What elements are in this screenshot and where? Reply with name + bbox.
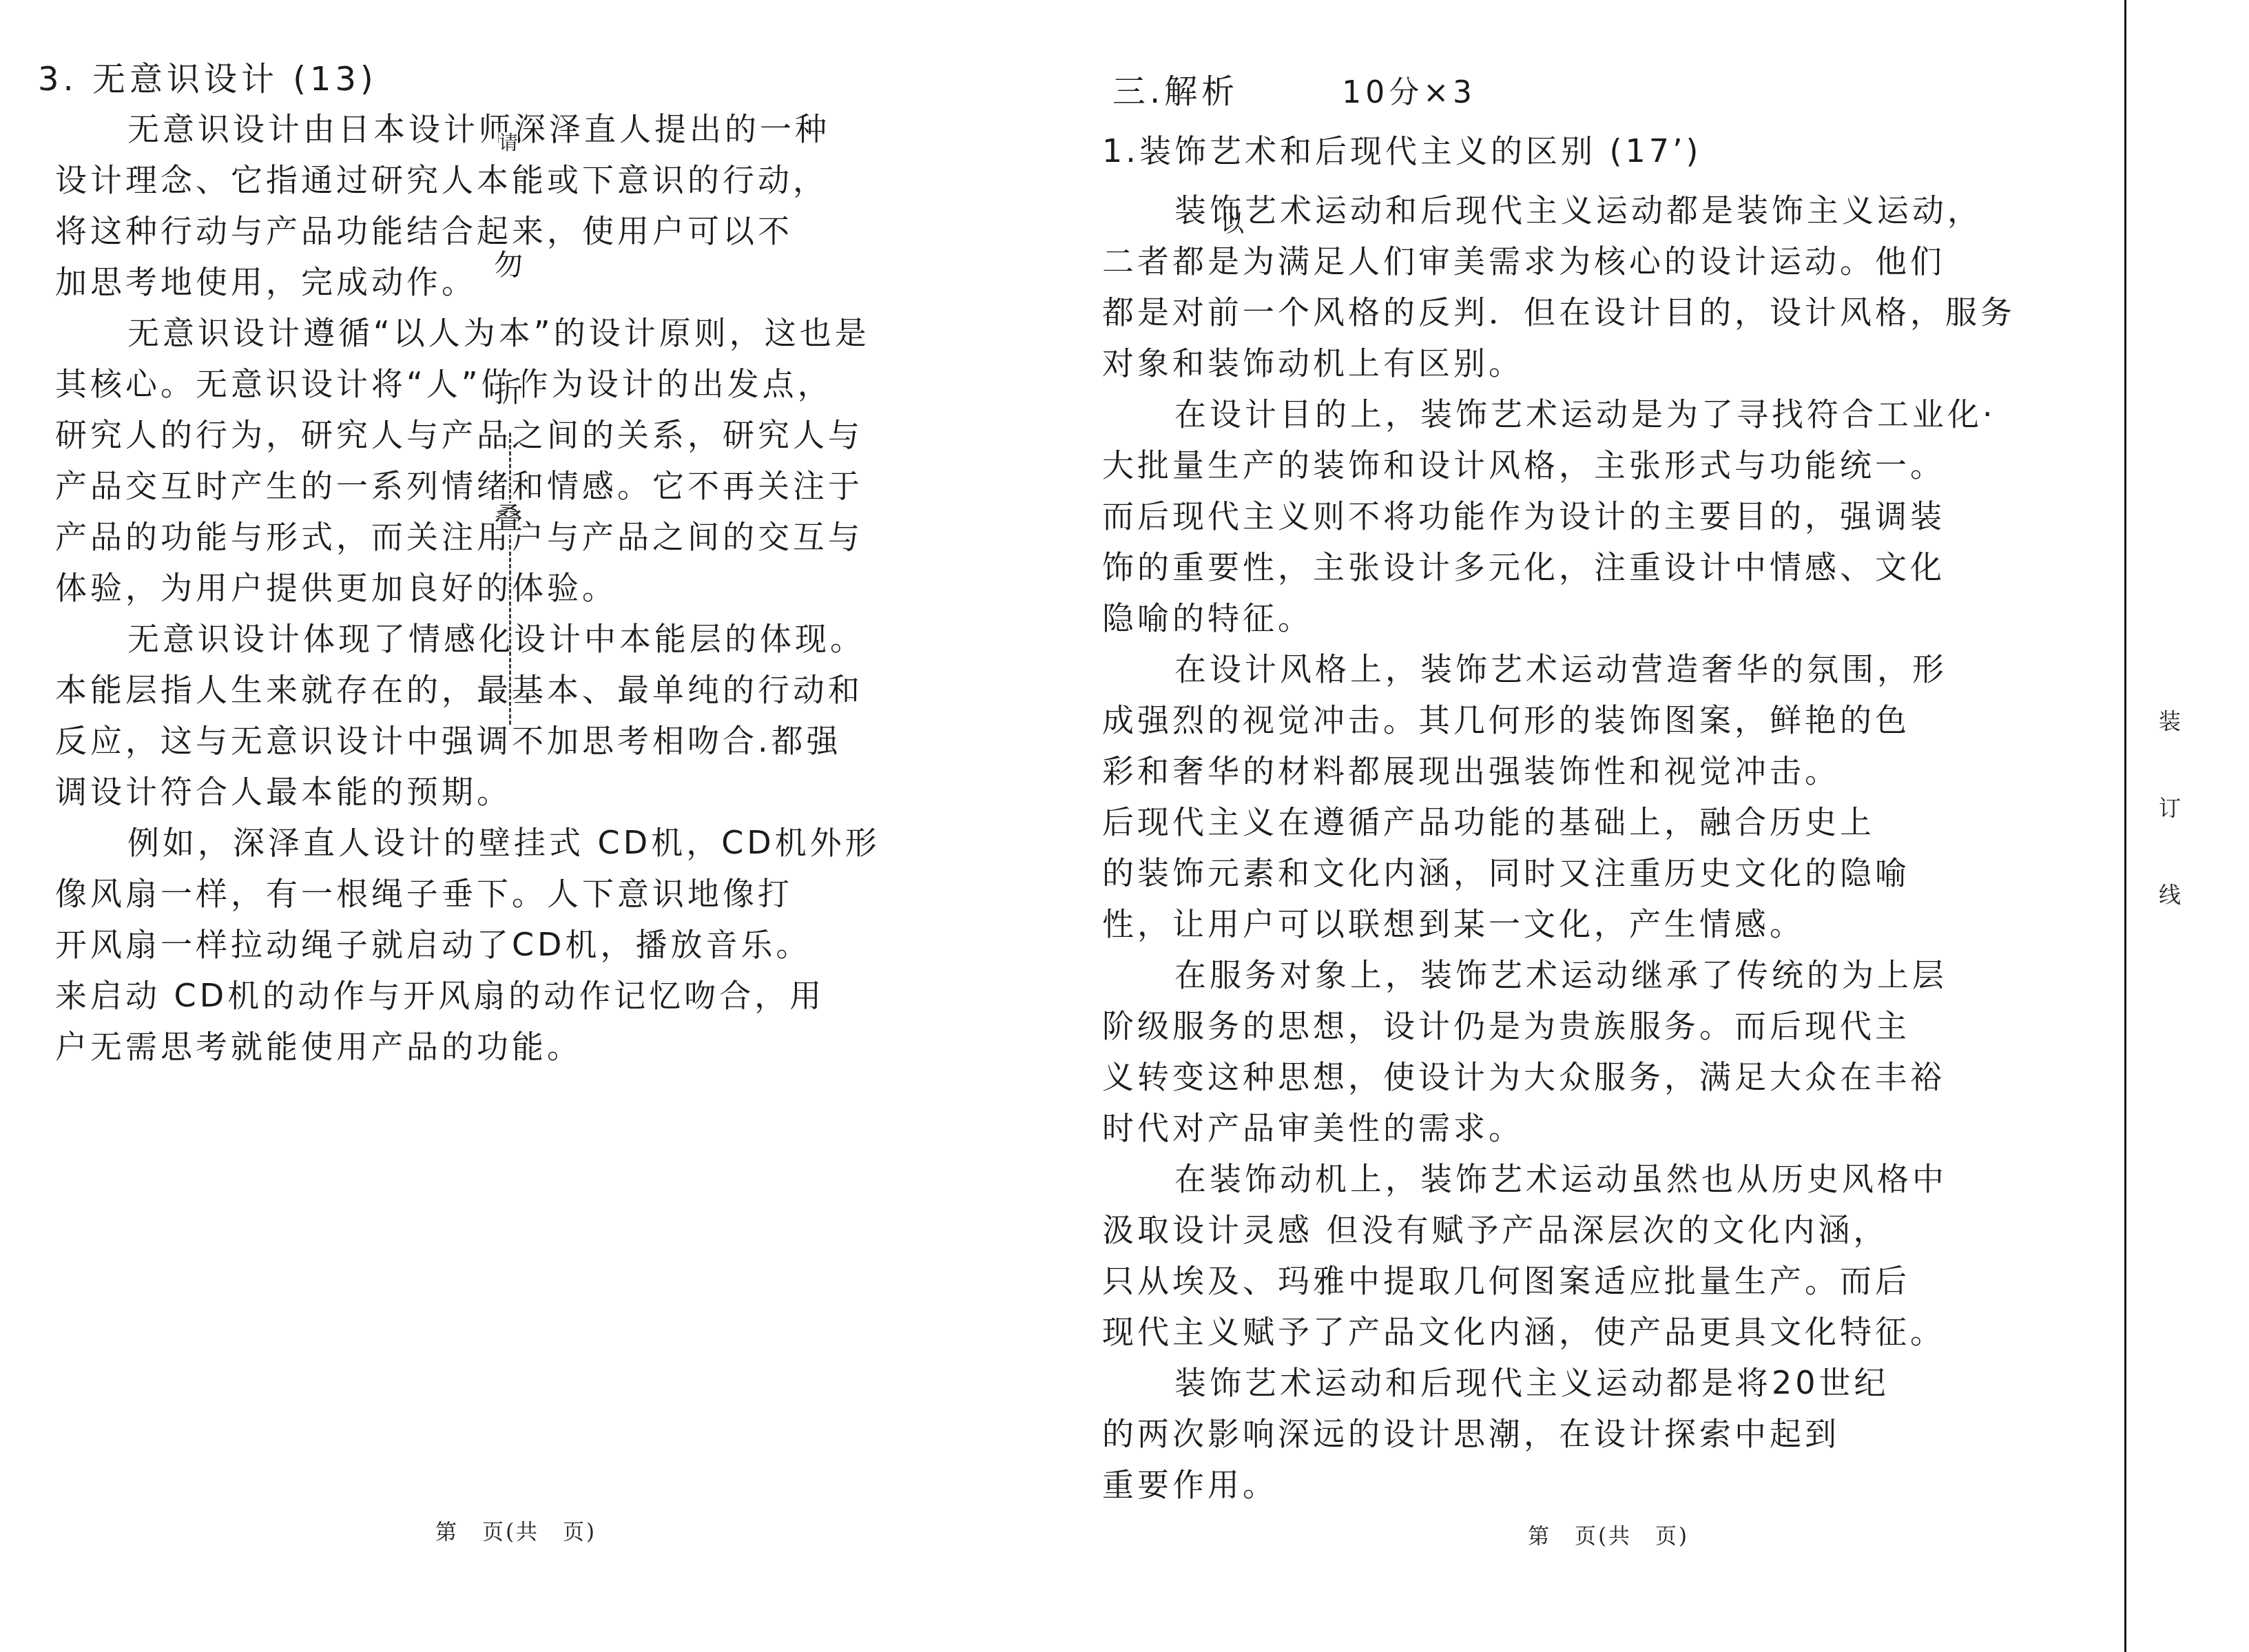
handwritten-line: 汲取设计灵感 但没有赋予产品深层次的文化内涵，: [1102, 1204, 2015, 1255]
handwritten-line: 在服务对象上，装饰艺术运动继承了传统的为上层: [1102, 949, 2015, 1000]
binding-label: 装订线: [2159, 704, 2181, 909]
handwritten-line: 将这种行动与产品功能结合起来，使用户可以不: [55, 205, 880, 256]
handwritten-line: 设计理念、它指通过研究人本能或下意识的行动，: [55, 154, 880, 205]
handwritten-line: 对象和装饰动机上有区别。: [1102, 338, 2015, 389]
handwritten-line: 成强烈的视觉冲击。其几何形的装饰图案，鲜艳的色: [1102, 694, 2015, 745]
handwritten-line: 后现代主义在遵循产品功能的基础上，融合历史上: [1102, 796, 2015, 847]
handwritten-line: 例如，深泽直人设计的壁挂式 CD机，CD机外形: [55, 817, 880, 868]
fold-char: 折: [494, 376, 523, 408]
handwritten-line: 开风扇一样拉动绳子就启动了CD机，播放音乐。: [55, 919, 880, 970]
binding-char: 装: [2159, 704, 2181, 736]
handwritten-line: 无意识设计遵循“以人为本”的设计原则，这也是: [55, 307, 880, 358]
handwritten-line: 而后现代主义则不将功能作为设计的主要目的，强调装: [1102, 491, 2015, 541]
fold-char: 勿: [494, 249, 523, 281]
left-section-title: 3. 无意识设计 (13): [38, 54, 377, 105]
right-text-block: 装饰艺术运动和后现代主义运动都是装饰主义运动，二者都是为满足人们审美需求为核心的…: [1102, 185, 2015, 1510]
handwritten-line: 像风扇一样，有一根绳子垂下。人下意识地像打: [55, 868, 880, 919]
handwritten-line: 在设计风格上，装饰艺术运动营造奢华的氛围，形: [1102, 643, 2015, 694]
handwritten-line: 产品交互时产生的一系列情绪和情感。它不再关注于: [55, 460, 880, 511]
score-note: 10分×3: [1342, 75, 1476, 110]
handwritten-line: 现代主义赋予了产品文化内涵，使产品更具文化特征。: [1102, 1306, 2015, 1357]
handwritten-line: 时代对产品审美性的需求。: [1102, 1102, 2015, 1153]
handwritten-line: 无意识设计体现了情感化设计中本能层的体现。: [55, 613, 880, 664]
handwritten-line: 大批量生产的装饰和设计风格，主张形式与功能统一。: [1102, 440, 2015, 491]
exam-answer-sheet: 3. 无意识设计 (13) 无意识设计由日本设计师深泽直人提出的一种设计理念、它…: [0, 0, 2249, 1652]
right-section-heading-row: 三.解析10分×3: [1112, 66, 1476, 118]
handwritten-line: 其核心。无意识设计将“人”做作为设计的出发点，: [55, 358, 880, 409]
fold-char: 请: [499, 132, 518, 154]
handwritten-line: 饰的重要性，主张设计多元化，注重设计中情感、文化: [1102, 541, 2015, 592]
handwritten-line: 装饰艺术运动和后现代主义运动都是将20世纪: [1102, 1357, 2015, 1408]
inserted-correction-char: 以: [1221, 212, 1247, 236]
handwritten-line: 研究人的行为，研究人与产品之间的关系，研究人与: [55, 409, 880, 460]
left-page-footer: 第 页(共 页): [435, 1514, 597, 1545]
handwritten-line: 体验，为用户提供更加良好的体验。: [55, 562, 880, 613]
handwritten-line: 义转变这种思想，使设计为大众服务，满足大众在丰裕: [1102, 1051, 2015, 1102]
binding-line: [2124, 0, 2126, 1652]
handwritten-line: 来启动 CD机的动作与开风扇的动作记忆吻合，用: [55, 970, 880, 1021]
handwritten-line: 产品的功能与形式，而关注用户与产品之间的交互与: [55, 511, 880, 562]
right-question-title: 1.装饰艺术和后现代主义的区别 (17’): [1102, 125, 1702, 176]
handwritten-line: 本能层指人生来就存在的，最基本、最单纯的行动和: [55, 664, 880, 715]
handwritten-line: 阶级服务的思想，设计仍是为贵族服务。而后现代主: [1102, 1000, 2015, 1051]
right-page-footer: 第 页(共 页): [1528, 1518, 1689, 1549]
handwritten-line: 只从埃及、玛雅中提取几何图案适应批量生产。而后: [1102, 1255, 2015, 1306]
binding-char: 线: [2159, 878, 2181, 909]
handwritten-line: 的装饰元素和文化内涵，同时又注重历史文化的隐喻: [1102, 847, 2015, 898]
handwritten-line: 无意识设计由日本设计师深泽直人提出的一种: [55, 103, 880, 154]
left-text-block: 无意识设计由日本设计师深泽直人提出的一种设计理念、它指通过研究人本能或下意识的行…: [55, 103, 880, 1072]
handwritten-line: 重要作用。: [1102, 1459, 2015, 1510]
fold-column: 请勿折叠: [486, 132, 530, 535]
handwritten-line: 户无需思考就能使用产品的功能。: [55, 1021, 880, 1072]
handwritten-line: 都是对前一个风格的反判．但在设计目的，设计风格，服务: [1102, 287, 2015, 338]
handwritten-line: 性，让用户可以联想到某一文化，产生情感。: [1102, 898, 2015, 949]
binding-char: 订: [2159, 791, 2181, 823]
handwritten-line: 的两次影响深远的设计思潮，在设计探索中起到: [1102, 1408, 2015, 1459]
handwritten-line: 彩和奢华的材料都展现出强装饰性和视觉冲击。: [1102, 745, 2015, 796]
handwritten-line: 隐喻的特征。: [1102, 592, 2015, 643]
handwritten-line: 二者都是为满足人们审美需求为核心的设计运动。他们: [1102, 236, 2015, 287]
handwritten-line: 调设计符合人最本能的预期。: [55, 766, 880, 817]
handwritten-line: 在设计目的上，装饰艺术运动是为了寻找符合工业化·: [1102, 389, 2015, 440]
fold-char: 叠: [494, 503, 523, 535]
handwritten-line: 在装饰动机上，装饰艺术运动虽然也从历史风格中: [1102, 1153, 2015, 1204]
right-section-title: 三.解析: [1112, 72, 1238, 111]
handwritten-line: 加思考地使用，完成动作。: [55, 256, 880, 307]
handwritten-line: 反应，这与无意识设计中强调不加思考相吻合.都强: [55, 715, 880, 766]
